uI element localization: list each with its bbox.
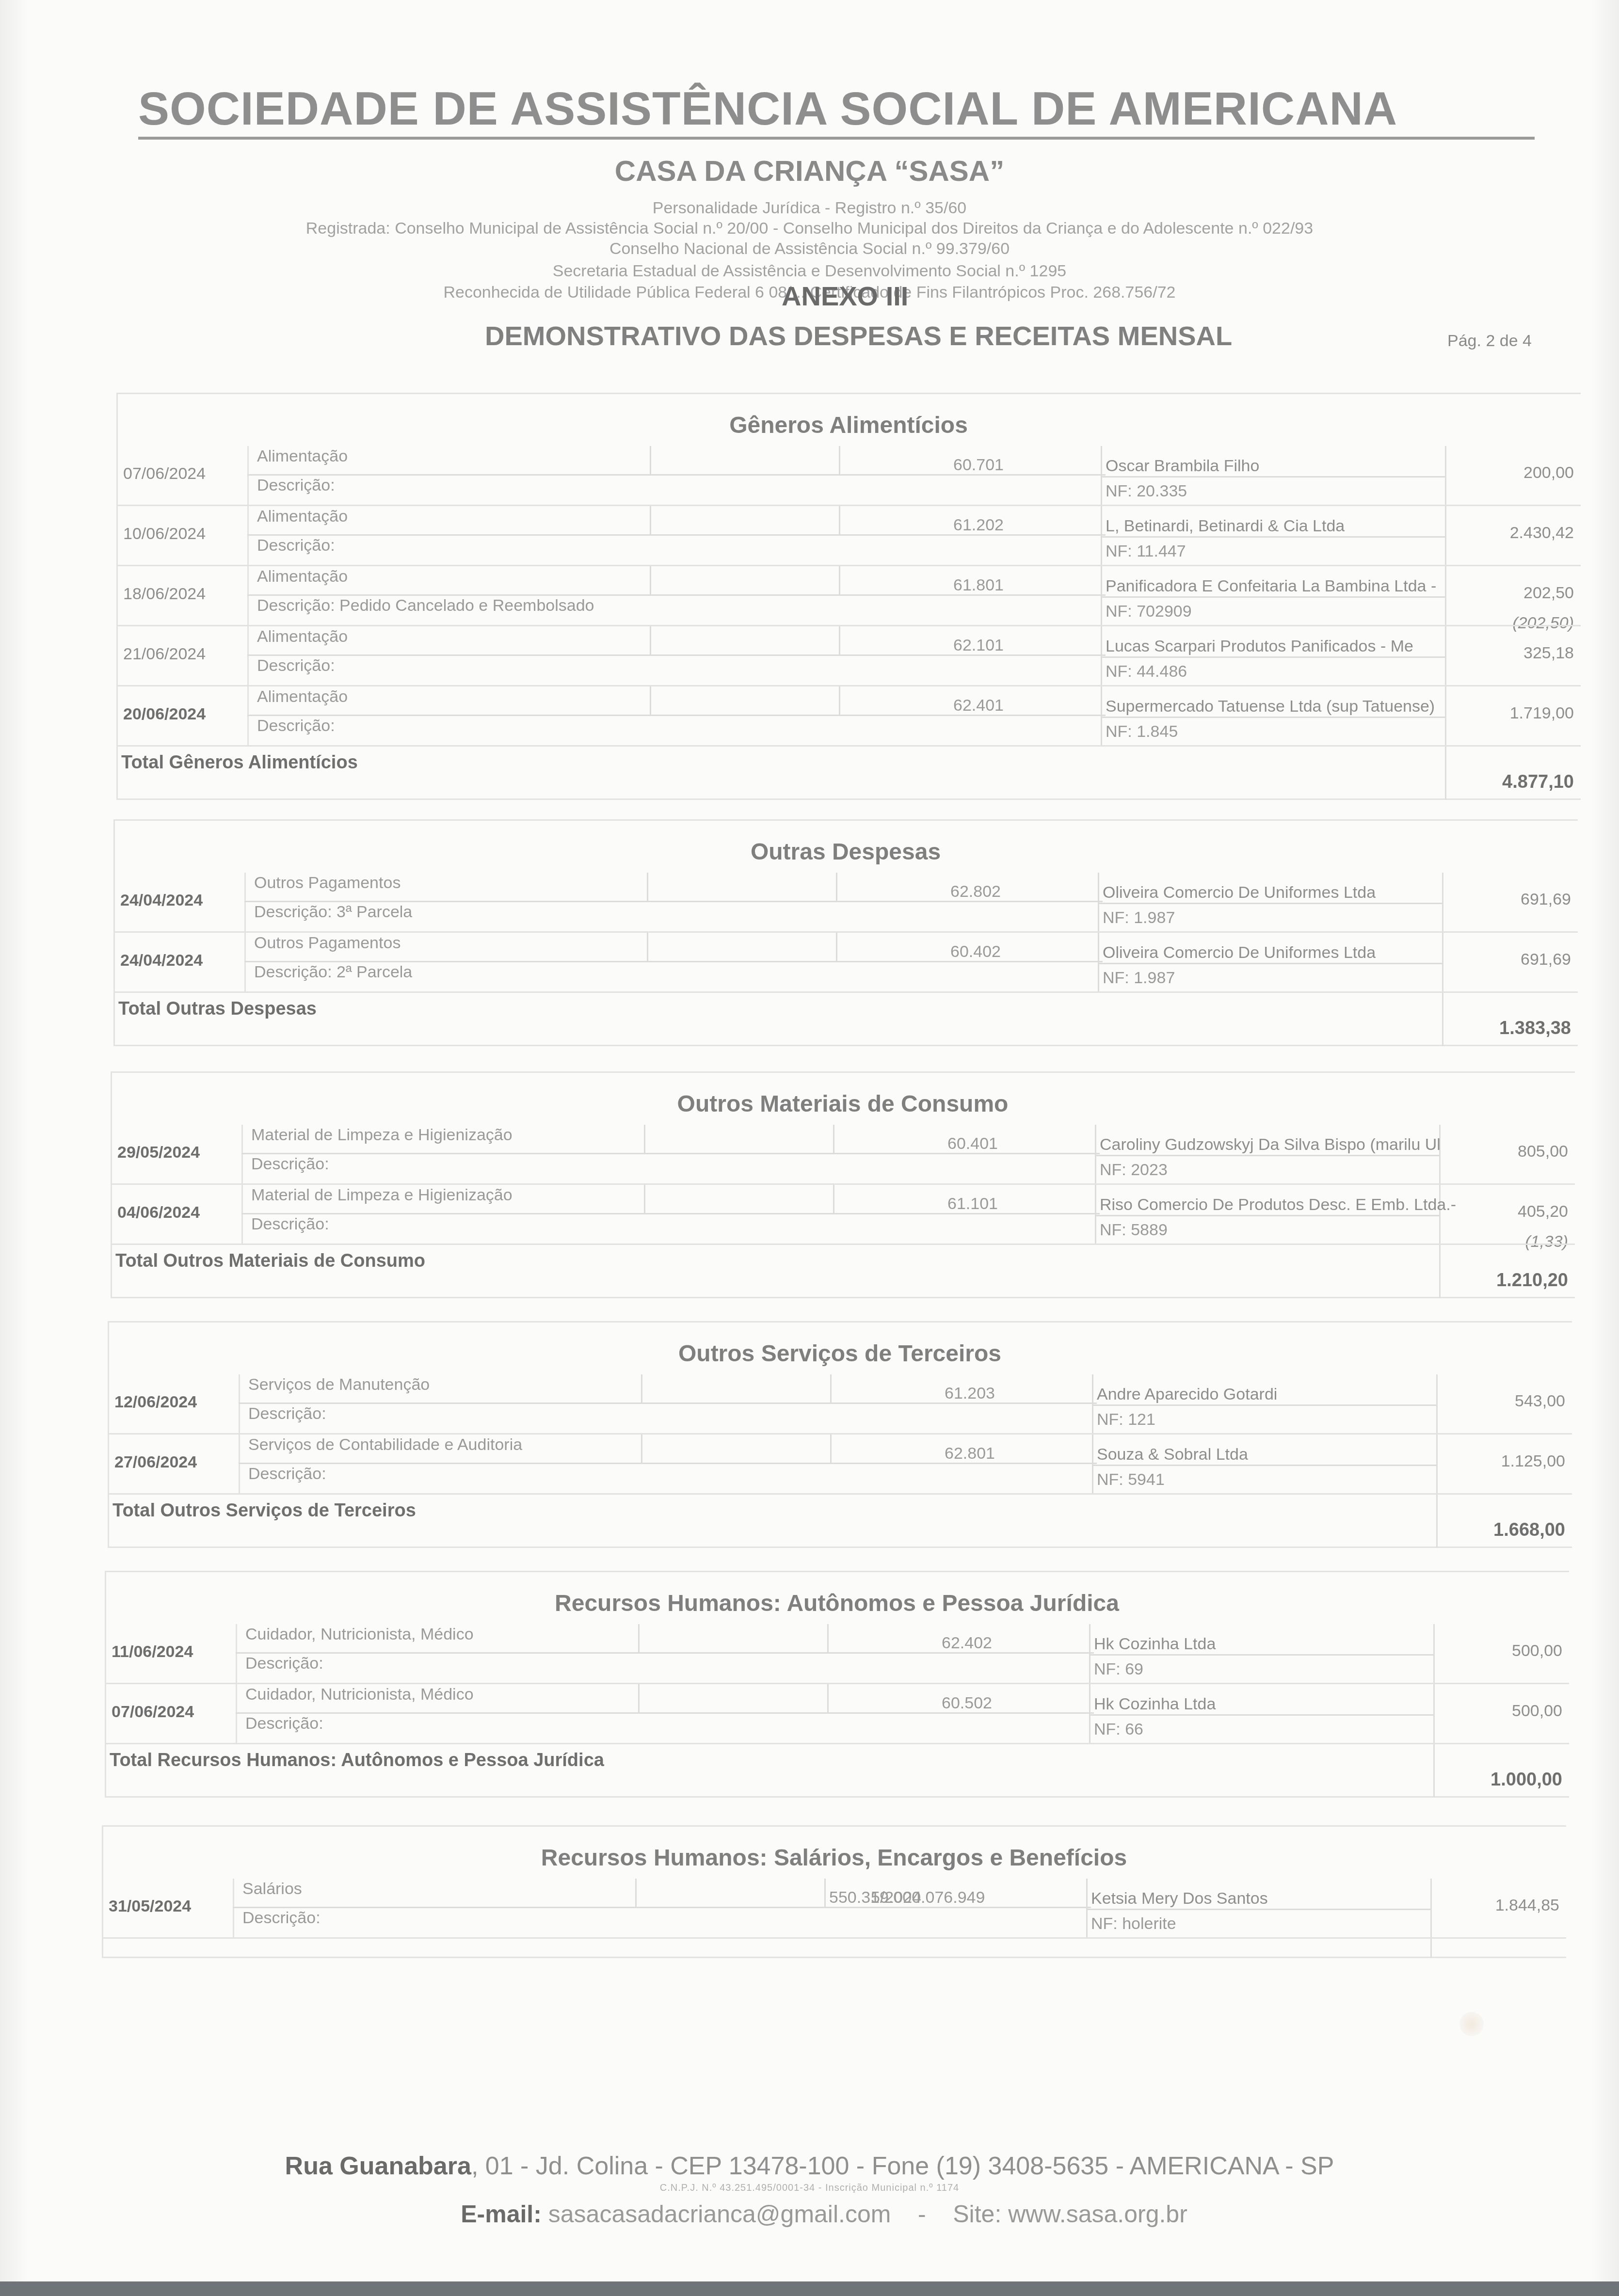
column-divider bbox=[839, 446, 840, 474]
column-divider bbox=[635, 1879, 637, 1907]
row-vendor: Panificadora E Confeitaria La Bambina Lt… bbox=[1106, 577, 1436, 596]
row-invoice: NF: holerite bbox=[1091, 1914, 1176, 1933]
row-invoice: NF: 1.987 bbox=[1103, 969, 1175, 988]
row-date: 18/06/2024 bbox=[123, 585, 191, 604]
annex-label: ANEXO III bbox=[782, 280, 908, 312]
row-invoice: NF: 11.447 bbox=[1106, 542, 1186, 561]
site-link[interactable]: www.sasa.org.br bbox=[1008, 2200, 1187, 2228]
table-row: 31/05/2024SaláriosDescrição:5/2024550.31… bbox=[102, 1879, 1566, 1939]
row-category: Alimentação bbox=[257, 507, 348, 526]
row-amount: 500,00 bbox=[1512, 1702, 1562, 1721]
column-divider bbox=[827, 1684, 829, 1712]
table-row: 27/06/2024Serviços de Contabilidade e Au… bbox=[108, 1435, 1572, 1495]
row-document-number: 60.701 bbox=[844, 456, 1004, 475]
section-5: Recursos Humanos: Salários, Encargos e B… bbox=[102, 1825, 1566, 1958]
row-divider bbox=[1101, 476, 1445, 478]
column-divider bbox=[650, 446, 651, 474]
column-divider bbox=[839, 566, 840, 594]
row-description: Descrição: bbox=[257, 656, 335, 675]
row-amount: 2.430,42 bbox=[1510, 524, 1574, 542]
table-row: 12/06/2024Serviços de ManutençãoDescriçã… bbox=[108, 1374, 1572, 1435]
row-amount: 405,20 bbox=[1518, 1202, 1568, 1221]
footer-contact: E-mail: sasacasadacrianca@gmail.com - Si… bbox=[0, 2200, 1619, 2228]
row-category: Serviços de Contabilidade e Auditoria bbox=[248, 1435, 522, 1454]
report-title: DEMONSTRATIVO DAS DESPESAS E RECEITAS ME… bbox=[0, 320, 1619, 351]
row-amount: 1.719,00 bbox=[1510, 704, 1574, 723]
footer-cnpj: C.N.P.J. N.º 43.251.495/0001-34 - Inscri… bbox=[0, 2183, 1619, 2194]
row-amount: 200,00 bbox=[1523, 463, 1574, 482]
row-category: Salários bbox=[242, 1880, 302, 1898]
section-total-amount: 1.210,20 bbox=[1496, 1270, 1568, 1291]
row-date: 24/04/2024 bbox=[120, 891, 188, 910]
row-bottom-border bbox=[108, 1493, 1572, 1495]
organization-subtitle: CASA DA CRIANÇA “SASA” bbox=[0, 154, 1619, 188]
row-divider bbox=[1098, 903, 1442, 904]
row-date: 10/06/2024 bbox=[123, 525, 191, 543]
row-date: 24/04/2024 bbox=[120, 951, 188, 970]
column-divider bbox=[641, 1435, 642, 1463]
scan-edge bbox=[0, 2281, 1619, 2296]
row-vendor: L, Betinardi, Betinardi & Cia Ltda bbox=[1106, 517, 1345, 536]
row-date: 21/06/2024 bbox=[123, 645, 191, 664]
address-detail: , 01 - Jd. Colina - CEP 13478-100 - Fone… bbox=[471, 2152, 1334, 2180]
row-description: Descrição: bbox=[257, 717, 335, 735]
row-description: Descrição: bbox=[248, 1465, 326, 1483]
row-invoice: NF: 121 bbox=[1097, 1410, 1155, 1429]
row-category: Material de Limpeza e Higienização bbox=[251, 1126, 513, 1145]
row-document-number: 61.801 bbox=[844, 576, 1004, 595]
row-document-number: 62.101 bbox=[844, 636, 1004, 655]
row-invoice: NF: 5941 bbox=[1097, 1470, 1165, 1489]
section-title: Outras Despesas bbox=[113, 839, 1578, 865]
table-row: 10/06/2024AlimentaçãoDescrição:61.202L, … bbox=[116, 506, 1581, 566]
email-label: E-mail: bbox=[461, 2200, 542, 2228]
column-divider bbox=[839, 506, 840, 534]
registration-line: Secretaria Estadual de Assistência e Des… bbox=[0, 262, 1619, 281]
section-0: Gêneros Alimentícios07/06/2024Alimentaçã… bbox=[116, 393, 1581, 800]
row-bottom-border bbox=[113, 991, 1578, 993]
column-divider bbox=[641, 1374, 642, 1403]
row-description: Descrição: bbox=[251, 1215, 329, 1234]
row-refund-amount: (1,33) bbox=[1525, 1232, 1568, 1251]
row-bottom-border bbox=[105, 1743, 1569, 1744]
column-divider bbox=[644, 1125, 645, 1153]
row-vendor: Oliveira Comercio De Uniformes Ltda bbox=[1103, 883, 1376, 902]
row-amount: 1.125,00 bbox=[1501, 1452, 1565, 1471]
row-document-number: 550.319.000.076.949 bbox=[829, 1888, 1081, 1907]
section-title: Recursos Humanos: Salários, Encargos e B… bbox=[102, 1845, 1566, 1871]
row-invoice: NF: 1.987 bbox=[1103, 909, 1175, 927]
section-total-label: Total Outras Despesas bbox=[118, 999, 317, 1020]
row-description: Descrição: 2ª Parcela bbox=[254, 963, 412, 982]
row-amount: 691,69 bbox=[1521, 890, 1571, 909]
row-invoice: NF: 2023 bbox=[1100, 1161, 1168, 1180]
row-divider bbox=[1089, 1654, 1433, 1656]
column-divider bbox=[644, 1185, 645, 1213]
organization-title: SOCIEDADE DE ASSISTÊNCIA SOCIAL DE AMERI… bbox=[138, 82, 1535, 140]
row-vendor: Hk Cozinha Ltda bbox=[1094, 1635, 1216, 1654]
row-invoice: NF: 66 bbox=[1094, 1720, 1143, 1739]
section-title: Recursos Humanos: Autônomos e Pessoa Jur… bbox=[105, 1590, 1569, 1617]
row-description: Descrição: bbox=[242, 1909, 321, 1928]
section-title: Outros Materiais de Consumo bbox=[111, 1091, 1575, 1117]
paper-stain bbox=[1459, 2012, 1484, 2036]
registration-line: Conselho Nacional de Assistência Social … bbox=[0, 239, 1619, 258]
row-vendor: Lucas Scarpari Produtos Panificados - Me bbox=[1106, 637, 1413, 656]
table-row: 21/06/2024AlimentaçãoDescrição:62.101Luc… bbox=[116, 626, 1581, 686]
row-description: Descrição: bbox=[248, 1404, 326, 1423]
column-divider bbox=[836, 873, 837, 901]
row-invoice: NF: 20.335 bbox=[1106, 482, 1187, 501]
row-document-number: 60.502 bbox=[832, 1694, 992, 1713]
row-category: Serviços de Manutenção bbox=[248, 1375, 430, 1394]
column-divider bbox=[827, 1624, 829, 1652]
row-divider bbox=[1086, 1909, 1430, 1910]
row-document-number: 60.402 bbox=[841, 942, 1001, 961]
row-document-number: 60.401 bbox=[838, 1134, 998, 1153]
section-total-amount: 1.000,00 bbox=[1491, 1770, 1562, 1790]
registration-line: Registrada: Conselho Municipal de Assist… bbox=[0, 219, 1619, 238]
column-divider bbox=[647, 933, 648, 961]
row-divider bbox=[1101, 596, 1445, 598]
row-category: Alimentação bbox=[257, 627, 348, 646]
row-divider bbox=[1101, 536, 1445, 538]
email-link[interactable]: sasacasadacrianca@gmail.com bbox=[548, 2200, 891, 2228]
row-description: Descrição: bbox=[245, 1714, 323, 1733]
footer-address: Rua Guanabara, 01 - Jd. Colina - CEP 134… bbox=[0, 2152, 1619, 2181]
table-row: 11/06/2024Cuidador, Nutricionista, Médic… bbox=[105, 1624, 1569, 1684]
section-total-label: Total Outros Serviços de Terceiros bbox=[112, 1500, 416, 1521]
row-divider bbox=[1092, 1404, 1436, 1406]
row-date: 27/06/2024 bbox=[114, 1453, 182, 1472]
row-description: Descrição: bbox=[257, 536, 335, 555]
row-amount: 1.844,85 bbox=[1495, 1896, 1559, 1915]
section-4: Recursos Humanos: Autônomos e Pessoa Jur… bbox=[105, 1571, 1569, 1798]
row-document-number: 62.801 bbox=[835, 1444, 995, 1463]
row-vendor: Caroliny Gudzowskyj Da Silva Bispo (mari… bbox=[1100, 1135, 1441, 1154]
row-description: Descrição: bbox=[251, 1155, 329, 1174]
section-1: Outras Despesas24/04/2024Outros Pagament… bbox=[113, 819, 1578, 1046]
row-vendor: Supermercado Tatuense Ltda (sup Tatuense… bbox=[1106, 697, 1435, 716]
row-document-number: 62.802 bbox=[841, 882, 1001, 901]
row-document-number: 61.101 bbox=[838, 1195, 998, 1213]
page-number: Pág. 2 de 4 bbox=[1447, 332, 1532, 351]
row-vendor: Oscar Brambila Filho bbox=[1106, 457, 1259, 476]
column-divider bbox=[839, 686, 840, 715]
row-bottom-border bbox=[102, 1937, 1566, 1939]
column-divider bbox=[650, 566, 651, 594]
row-invoice: NF: 69 bbox=[1094, 1660, 1143, 1679]
row-bottom-border bbox=[111, 1244, 1575, 1245]
row-category: Outros Pagamentos bbox=[254, 934, 401, 953]
section-3: Outros Serviços de Terceiros12/06/2024Se… bbox=[108, 1321, 1572, 1548]
row-invoice: NF: 702909 bbox=[1106, 602, 1192, 621]
row-document-number: 62.401 bbox=[844, 696, 1004, 715]
section-title: Outros Serviços de Terceiros bbox=[108, 1340, 1572, 1367]
row-vendor: Hk Cozinha Ltda bbox=[1094, 1695, 1216, 1714]
table-row: 29/05/2024Material de Limpeza e Higieniz… bbox=[111, 1125, 1575, 1185]
section-total-amount: 4.877,10 bbox=[1502, 772, 1574, 793]
row-description: Descrição: 3ª Parcela bbox=[254, 903, 412, 922]
row-date: 04/06/2024 bbox=[117, 1203, 185, 1222]
row-invoice: NF: 44.486 bbox=[1106, 662, 1187, 681]
row-vendor: Riso Comercio De Produtos Desc. E Emb. L… bbox=[1100, 1196, 1456, 1214]
column-divider bbox=[638, 1624, 640, 1652]
row-description: Descrição: Pedido Cancelado e Reembolsad… bbox=[257, 596, 594, 615]
row-category: Cuidador, Nutricionista, Médico bbox=[245, 1685, 474, 1704]
column-divider bbox=[836, 933, 837, 961]
section-total-label: Total Recursos Humanos: Autônomos e Pess… bbox=[110, 1750, 604, 1771]
row-date: 07/06/2024 bbox=[112, 1703, 179, 1722]
column-divider bbox=[830, 1435, 832, 1463]
row-document-number: 62.402 bbox=[832, 1634, 992, 1653]
row-divider bbox=[1101, 656, 1445, 658]
row-divider bbox=[1092, 1465, 1436, 1466]
row-description: Descrição: bbox=[257, 476, 335, 495]
row-document-number: 61.203 bbox=[835, 1384, 995, 1403]
street-name: Rua Guanabara bbox=[285, 2152, 471, 2180]
row-invoice: NF: 5889 bbox=[1100, 1221, 1168, 1240]
row-bottom-border bbox=[116, 745, 1581, 747]
table-row: 20/06/2024AlimentaçãoDescrição:62.401Sup… bbox=[116, 686, 1581, 747]
column-divider bbox=[650, 506, 651, 534]
table-row: 07/06/2024Cuidador, Nutricionista, Médic… bbox=[105, 1684, 1569, 1744]
row-date: 20/06/2024 bbox=[123, 705, 191, 724]
row-date: 07/06/2024 bbox=[123, 464, 191, 483]
row-divider bbox=[1095, 1155, 1439, 1156]
column-divider bbox=[647, 873, 648, 901]
contact-separator: - bbox=[918, 2200, 926, 2228]
site-label: Site: bbox=[953, 2200, 1001, 2228]
row-divider bbox=[1098, 963, 1442, 964]
section-total-amount: 1.383,38 bbox=[1499, 1018, 1571, 1039]
row-amount: 202,50 bbox=[1523, 584, 1574, 603]
column-divider bbox=[650, 626, 651, 654]
column-divider bbox=[833, 1185, 834, 1213]
section-total-label: Total Outros Materiais de Consumo bbox=[115, 1251, 425, 1272]
table-row: 24/04/2024Outros PagamentosDescrição: 2ª… bbox=[113, 933, 1578, 993]
row-amount: 500,00 bbox=[1512, 1642, 1562, 1660]
row-category: Alimentação bbox=[257, 447, 348, 466]
column-divider bbox=[830, 1374, 832, 1403]
row-document-number: 61.202 bbox=[844, 516, 1004, 535]
row-category: Outros Pagamentos bbox=[254, 874, 401, 893]
column-divider bbox=[833, 1125, 834, 1153]
row-divider bbox=[1095, 1215, 1439, 1216]
table-row: 24/04/2024Outros PagamentosDescrição: 3ª… bbox=[113, 873, 1578, 933]
row-description: Descrição: bbox=[245, 1654, 323, 1673]
row-category: Alimentação bbox=[257, 567, 348, 586]
section-total-label: Total Gêneros Alimentícios bbox=[121, 752, 358, 773]
row-divider bbox=[1089, 1714, 1433, 1716]
row-date: 31/05/2024 bbox=[109, 1897, 176, 1916]
row-amount: 805,00 bbox=[1518, 1142, 1568, 1161]
table-row: 18/06/2024AlimentaçãoDescrição: Pedido C… bbox=[116, 566, 1581, 626]
row-date: 12/06/2024 bbox=[114, 1393, 182, 1412]
row-amount: 691,69 bbox=[1521, 950, 1571, 969]
row-vendor: Souza & Sobral Ltda bbox=[1097, 1445, 1248, 1464]
row-category: Material de Limpeza e Higienização bbox=[251, 1186, 513, 1205]
row-invoice: NF: 1.845 bbox=[1106, 722, 1178, 741]
table-row: 07/06/2024AlimentaçãoDescrição:60.701Osc… bbox=[116, 446, 1581, 506]
row-category: Cuidador, Nutricionista, Médico bbox=[245, 1625, 474, 1644]
table-row: 04/06/2024Material de Limpeza e Higieniz… bbox=[111, 1185, 1575, 1245]
row-vendor: Ketsia Mery Dos Santos bbox=[1091, 1889, 1268, 1908]
section-total-amount: 1.668,00 bbox=[1493, 1520, 1565, 1541]
registration-line: Personalidade Jurídica - Registro n.º 35… bbox=[0, 199, 1619, 218]
row-divider bbox=[1101, 717, 1445, 718]
row-vendor: Oliveira Comercio De Uniformes Ltda bbox=[1103, 943, 1376, 962]
row-amount: 325,18 bbox=[1523, 644, 1574, 663]
row-category: Alimentação bbox=[257, 687, 348, 706]
row-date: 29/05/2024 bbox=[117, 1143, 185, 1162]
row-date: 11/06/2024 bbox=[112, 1642, 179, 1661]
section-title: Gêneros Alimentícios bbox=[116, 412, 1581, 439]
column-divider bbox=[638, 1684, 640, 1712]
row-vendor: Andre Aparecido Gotardi bbox=[1097, 1385, 1277, 1404]
column-divider bbox=[650, 686, 651, 715]
section-2: Outros Materiais de Consumo29/05/2024Mat… bbox=[111, 1071, 1575, 1298]
column-divider bbox=[839, 626, 840, 654]
row-amount: 543,00 bbox=[1515, 1392, 1565, 1411]
